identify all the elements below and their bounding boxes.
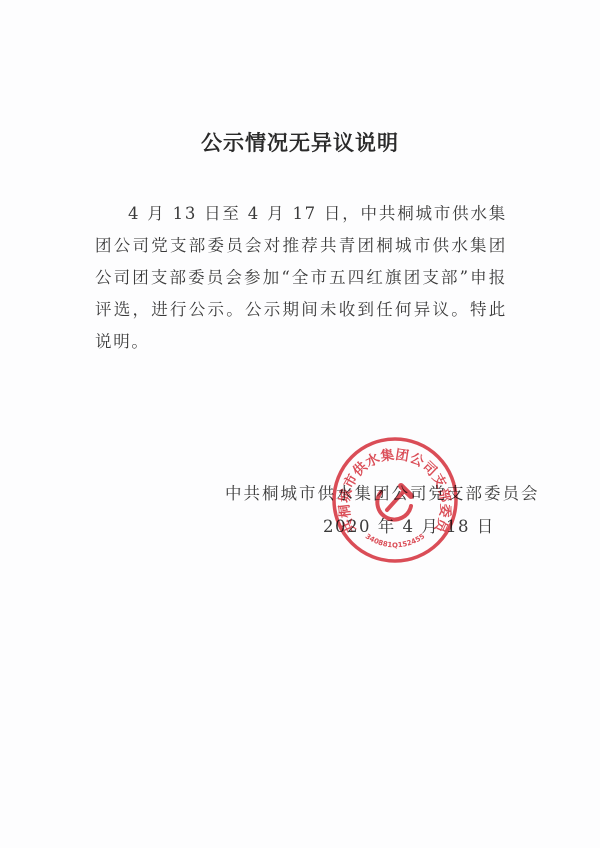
stamp-code: 340881Q152455 bbox=[364, 532, 427, 549]
document-body: 4 月 13 日至 4 月 17 日，中共桐城市供水集团公司党支部委员会对推荐共… bbox=[95, 198, 507, 358]
hammer-and-sickle-icon bbox=[377, 486, 411, 520]
document-title: 公示情况无异议说明 bbox=[0, 127, 600, 157]
official-seal-stamp: 中共桐城市供水集团公司支部委员会 340881Q152455 bbox=[331, 436, 459, 564]
document-page: 公示情况无异议说明 4 月 13 日至 4 月 17 日，中共桐城市供水集团公司… bbox=[0, 0, 600, 848]
